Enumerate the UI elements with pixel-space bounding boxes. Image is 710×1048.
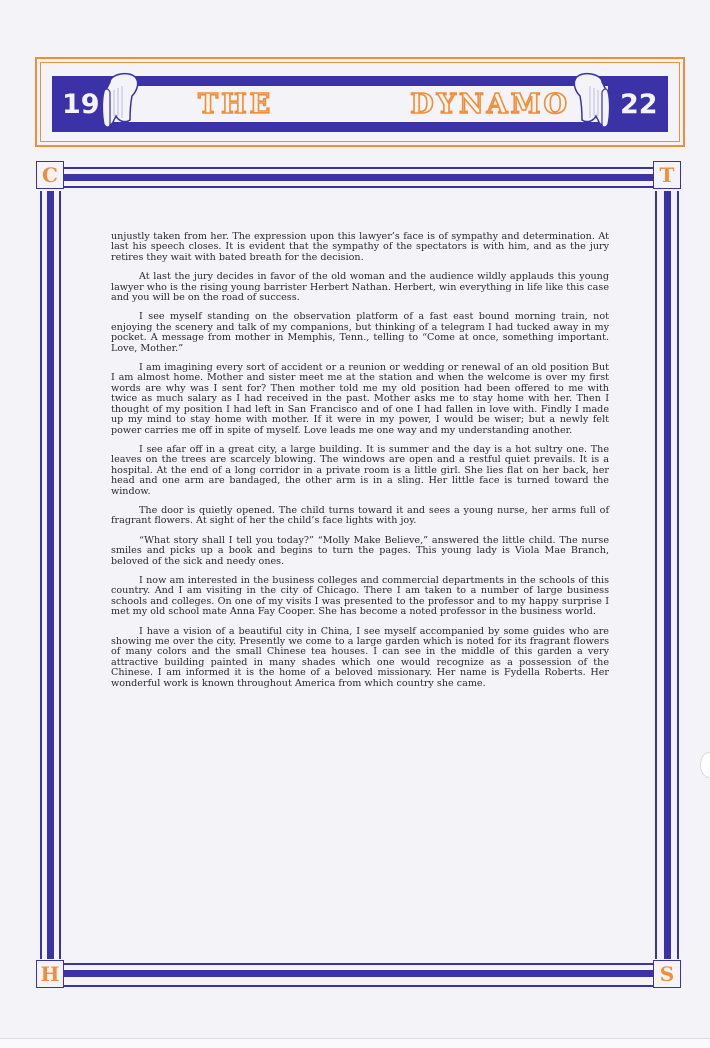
frame-bottom-thin-outer xyxy=(63,963,653,965)
frame-right-thin-outer xyxy=(655,191,657,959)
paragraph: I am imagining every sort of accident or… xyxy=(111,363,609,436)
article-body: unjustly taken from her. The expression … xyxy=(111,232,609,698)
year-right: 22 xyxy=(620,88,658,122)
yearbook-page: 19 22 THE DYNAMO C T H S unjustly taken … xyxy=(0,0,710,1048)
paragraph: unjustly taken from her. The expression … xyxy=(111,232,609,263)
frame-top-thick xyxy=(63,174,653,181)
binder-hole xyxy=(700,752,710,778)
scroll-ornament-icon xyxy=(96,70,140,136)
paragraph: At last the jury decides in favor of the… xyxy=(111,272,609,303)
frame-left-thin-outer xyxy=(40,191,42,959)
paragraph: I now am interested in the business coll… xyxy=(111,576,609,618)
frame-right-thin-inner xyxy=(677,191,679,959)
frame-right-thick xyxy=(664,191,671,959)
corner-letter-bottom-right: S xyxy=(653,960,681,988)
paragraph: The door is quietly opened. The child tu… xyxy=(111,506,609,527)
corner-letter-bottom-left: H xyxy=(36,960,64,988)
frame-top-thin-inner xyxy=(63,186,653,188)
frame-bottom-thin-inner xyxy=(63,985,653,987)
paragraph: I have a vision of a beautiful city in C… xyxy=(111,627,609,689)
frame-left-thin-inner xyxy=(59,191,61,959)
page-bottom-edge xyxy=(0,1038,710,1048)
paragraph: I see myself standing on the observation… xyxy=(111,312,609,354)
corner-letter-top-right: T xyxy=(653,161,681,189)
paragraph: I see afar off in a great city, a large … xyxy=(111,445,609,497)
corner-letter-top-left: C xyxy=(36,161,64,189)
scroll-ornament-icon xyxy=(572,70,616,136)
title-word-the: THE xyxy=(198,89,273,120)
year-left: 19 xyxy=(62,88,100,122)
paragraph: “What story shall I tell you today?” “Mo… xyxy=(111,536,609,567)
title-word-dynamo: DYNAMO xyxy=(410,89,570,120)
frame-top-thin-outer xyxy=(63,167,653,169)
frame-left-thick xyxy=(47,191,54,959)
frame-bottom-thick xyxy=(63,970,653,977)
publication-title: THE DYNAMO xyxy=(150,86,570,122)
